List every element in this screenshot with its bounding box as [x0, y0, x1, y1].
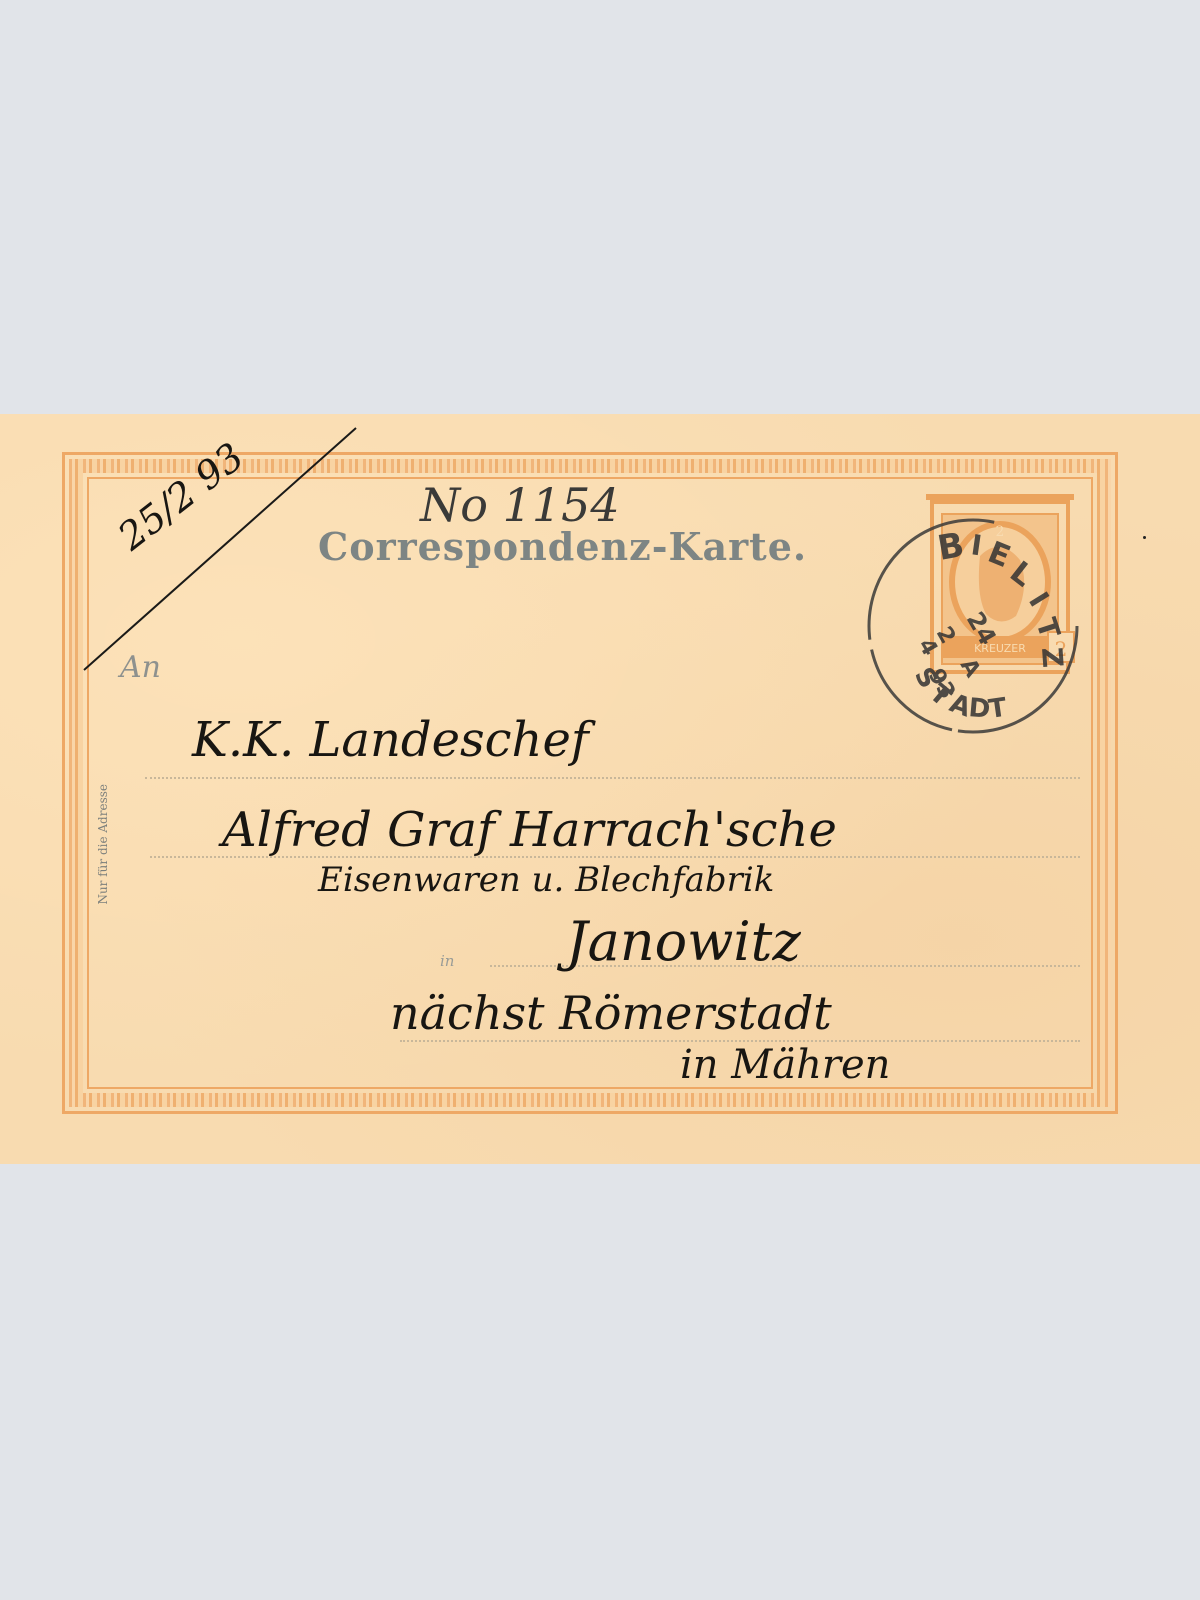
paper-speck: [1143, 536, 1146, 539]
address-line-near: nächst Römerstadt: [390, 986, 832, 1040]
address-line-town: Janowitz: [566, 910, 801, 973]
address-line-region: in Mähren: [680, 1042, 890, 1088]
address-line-company: Eisenwaren u. Blechfabrik: [318, 860, 774, 900]
address-line-officer: K.K. Landeschef: [192, 712, 589, 768]
postcard: Correspondenz-Karte. An Nur für die Adre…: [0, 414, 1200, 1164]
handwritten-number: No 1154: [420, 478, 620, 532]
address-line-name: Alfred Graf Harrach'sche: [222, 802, 837, 858]
